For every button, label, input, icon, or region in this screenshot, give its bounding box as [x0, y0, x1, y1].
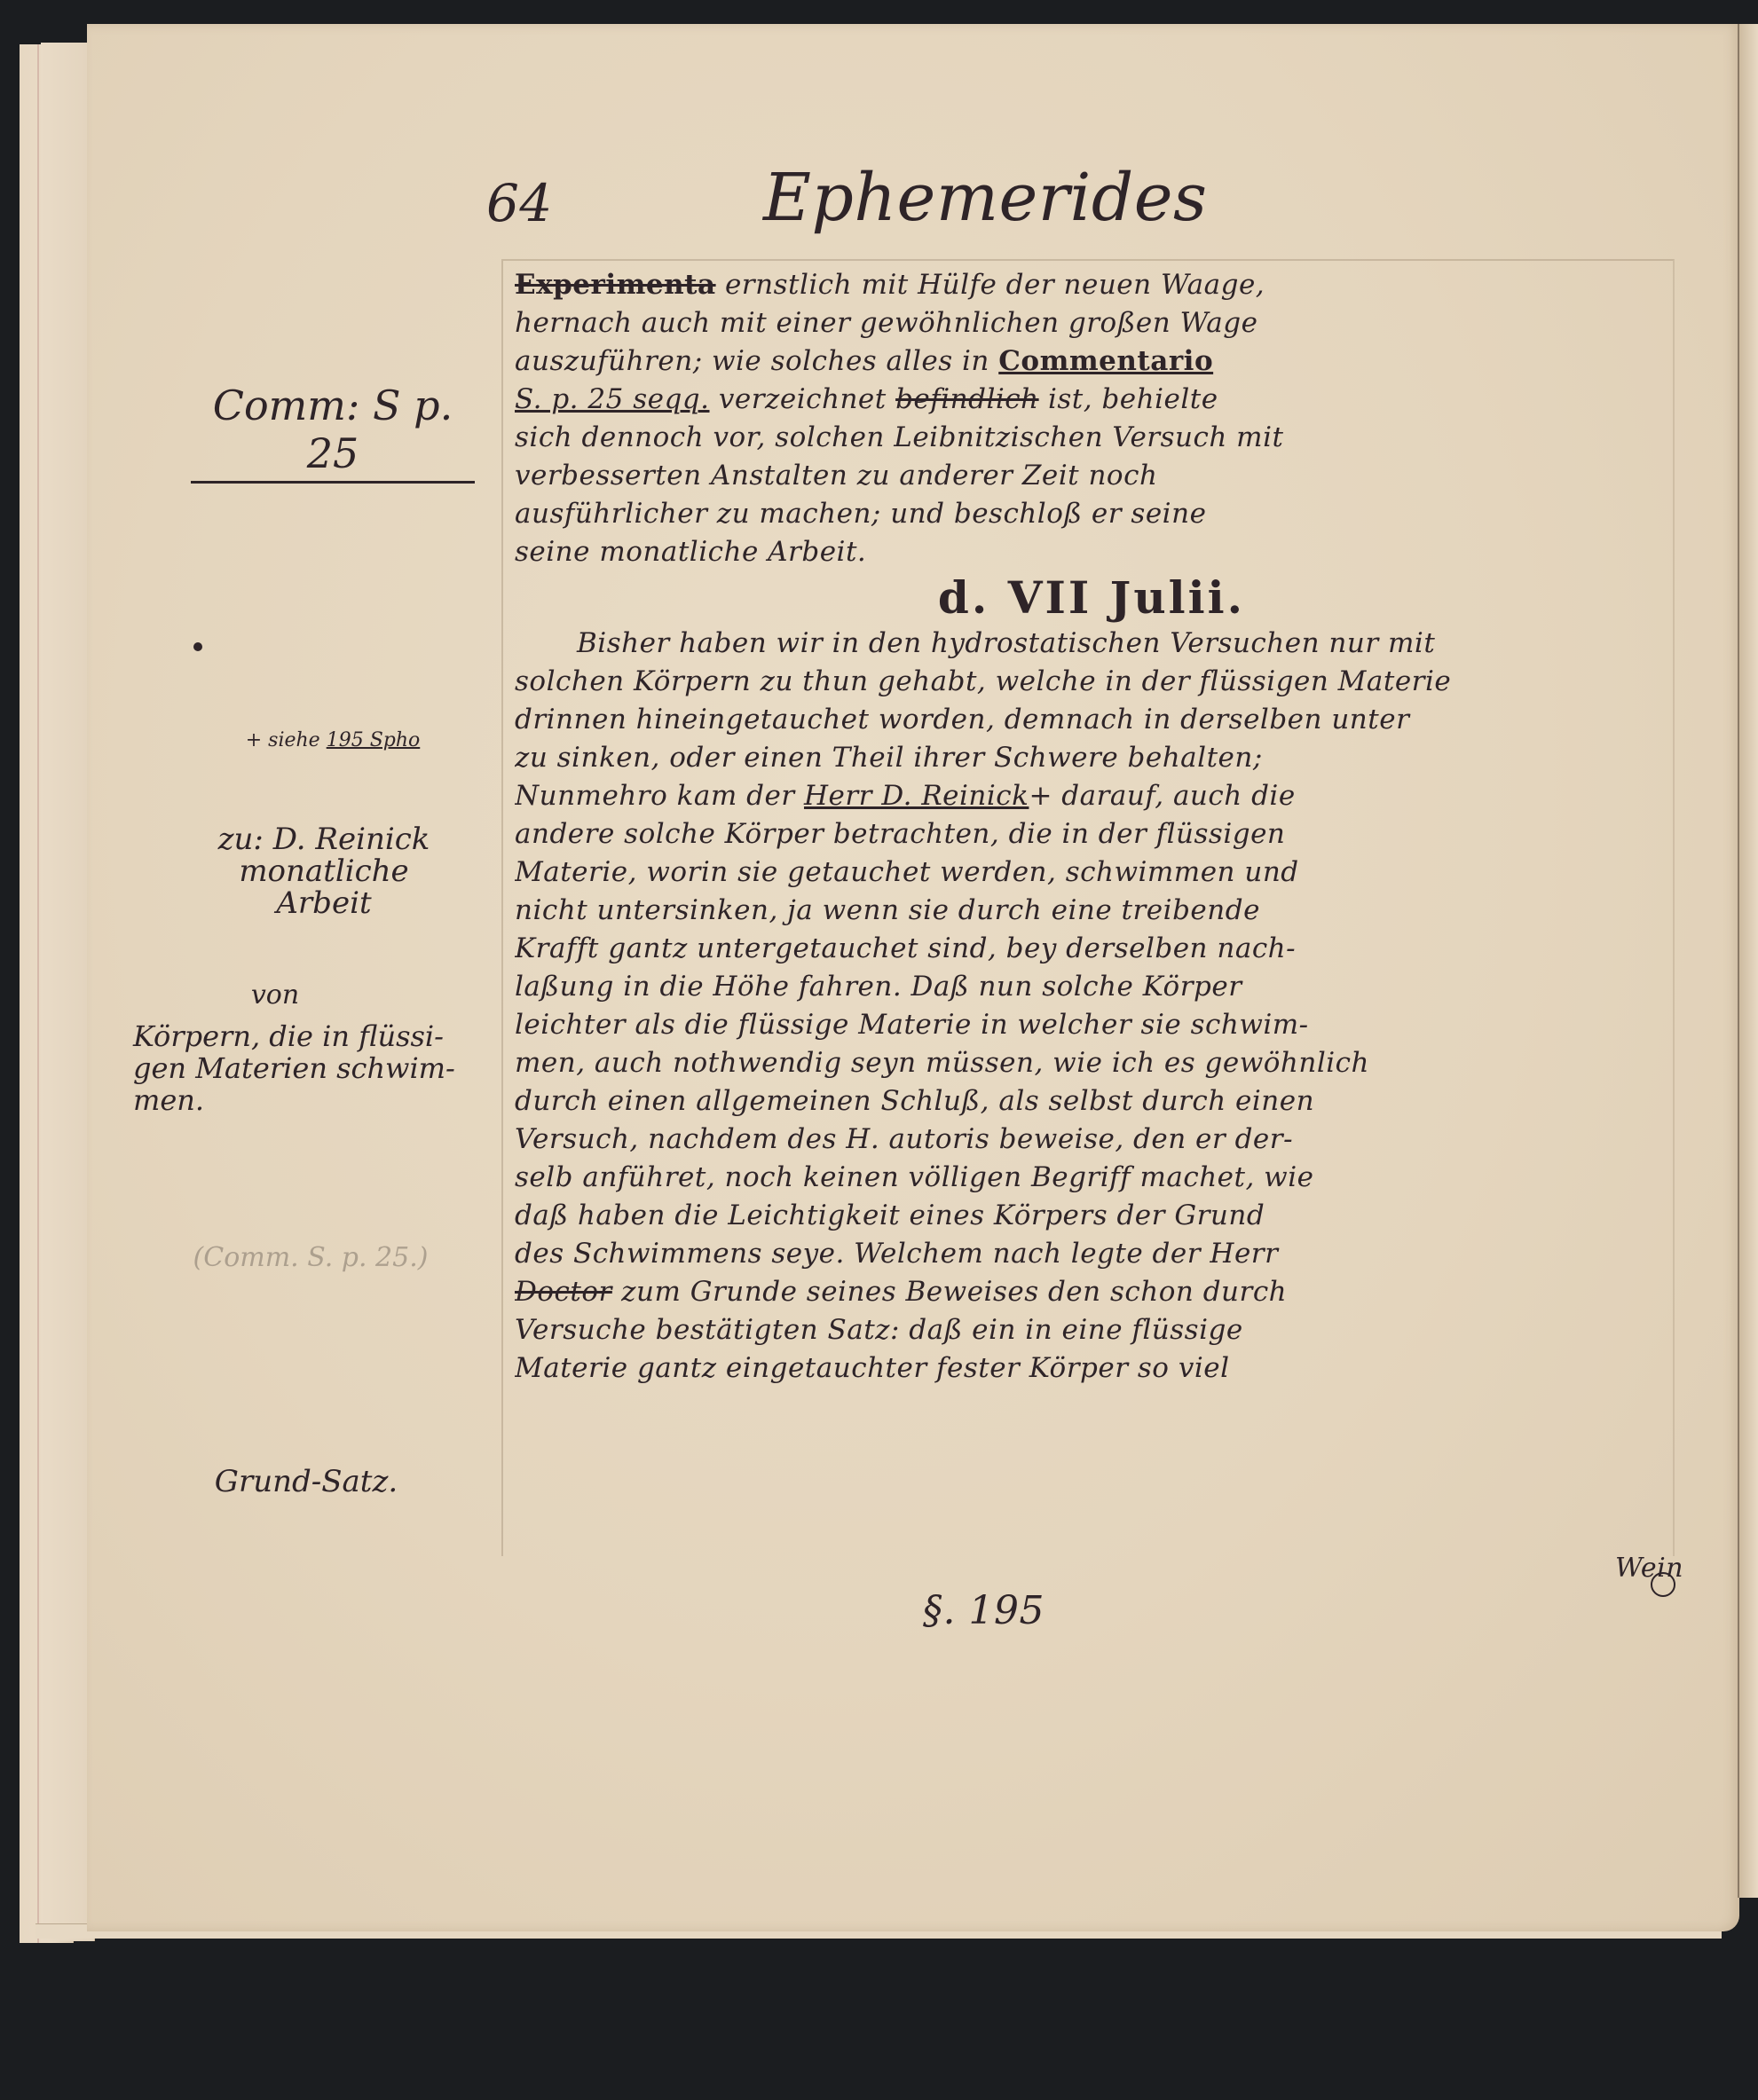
struck-word: Experimenta [515, 269, 716, 301]
reinick-line: zu: D. Reinick [173, 823, 475, 855]
body-line: Versuche bestätigten Satz: daß ein in ei… [515, 1311, 1668, 1349]
body-line: solchen Körpern zu thun gehabt, welche i… [515, 663, 1668, 701]
body-line: S. p. 25 seqq. verzeichnet befindlich is… [515, 381, 1668, 419]
body-line: durch einen allgemeinen Schluß, als selb… [515, 1082, 1668, 1121]
underlined-ref: S. p. 25 seqq. [515, 383, 710, 415]
margin-note-von: von [204, 979, 346, 1011]
reinick-line: monatliche [173, 855, 475, 887]
page-number: 64 [486, 173, 553, 233]
body-line: auszuführen; wie solches alles in Commen… [515, 342, 1668, 381]
body-line: Materie gantz eingetauchter fester Körpe… [515, 1349, 1668, 1388]
running-title: Ephemerides [763, 160, 1207, 236]
margin-note-faded: (Comm. S. p. 25.) [151, 1242, 470, 1273]
underlined-name: Herr D. Reinick [804, 780, 1029, 812]
siehe-ref: 195 Spho [327, 729, 421, 751]
body-line: Bisher haben wir in den hydrostatischen … [515, 625, 1668, 663]
siehe-prefix: + siehe [246, 729, 320, 751]
body-line: zu sinken, oder einen Theil ihrer Schwer… [515, 739, 1668, 777]
body-line: des Schwimmens seye. Welchem nach legte … [515, 1235, 1668, 1273]
topic-line: Körpern, die in flüssi- [133, 1020, 470, 1052]
body-line: hernach auch mit einer gewöhnlichen groß… [515, 304, 1668, 342]
date-heading: d. VII Julii. [515, 571, 1668, 625]
body-line: Krafft gantz untergetauchet sind, bey de… [515, 930, 1668, 968]
body-line: nicht untersinken, ja wenn sie durch ein… [515, 892, 1668, 930]
body-line: Materie, worin sie getauchet werden, sch… [515, 853, 1668, 892]
topic-line: men. [133, 1084, 470, 1116]
margin-note-siehe: + siehe 195 Spho [191, 729, 475, 751]
margin-note-topic: Körpern, die in flüssi- gen Materien sch… [133, 1020, 470, 1116]
struck-word: Doctor [515, 1276, 612, 1308]
reinick-line: Arbeit [173, 887, 475, 919]
body-line: leichter als die flüssige Materie in wel… [515, 1006, 1668, 1044]
struck-word: befindlich [895, 383, 1039, 415]
margin-note-commentary-ref: Comm: S p. 25 [191, 381, 475, 484]
body-line: andere solche Körper betrachten, die in … [515, 815, 1668, 853]
body-line: sich dennoch vor, solchen Leibnitzischen… [515, 419, 1668, 457]
margin-dot [193, 642, 202, 651]
section-reference: §. 195 [923, 1588, 1045, 1633]
body-line: selb anführet, noch keinen völligen Begr… [515, 1159, 1668, 1197]
margin-note-grundsatz: Grund-Satz. [191, 1464, 422, 1499]
topic-line: gen Materien schwim- [133, 1052, 470, 1084]
body-line: drinnen hineingetauchet worden, demnach … [515, 701, 1668, 739]
body-line: daß haben die Leichtigkeit eines Körpers… [515, 1197, 1668, 1235]
body-line: ausführlicher zu machen; und beschloß er… [515, 495, 1668, 533]
red-page-edge [37, 44, 39, 1943]
body-line: men, auch nothwendig seyn müssen, wie ic… [515, 1044, 1668, 1082]
page-gutter-fold [1738, 24, 1758, 1898]
body-line: Nunmehro kam der Herr D. Reinick+ darauf… [515, 777, 1668, 815]
body-text: Experimenta ernstlich mit Hülfe der neue… [515, 266, 1668, 1388]
catchword-flourish [1651, 1572, 1675, 1597]
underlined-ref: Commentario [998, 345, 1213, 377]
body-line: Versuch, nachdem des H. autoris beweise,… [515, 1121, 1668, 1159]
body-line: Doctor zum Grunde seines Beweises den sc… [515, 1273, 1668, 1311]
body-line: seine monatliche Arbeit. [515, 533, 1668, 571]
body-line: laßung in die Höhe fahren. Daß nun solch… [515, 968, 1668, 1006]
margin-note-reinick: zu: D. Reinick monatliche Arbeit [173, 823, 475, 919]
body-line: Experimenta ernstlich mit Hülfe der neue… [515, 266, 1668, 304]
body-line: verbesserten Anstalten zu anderer Zeit n… [515, 457, 1668, 495]
